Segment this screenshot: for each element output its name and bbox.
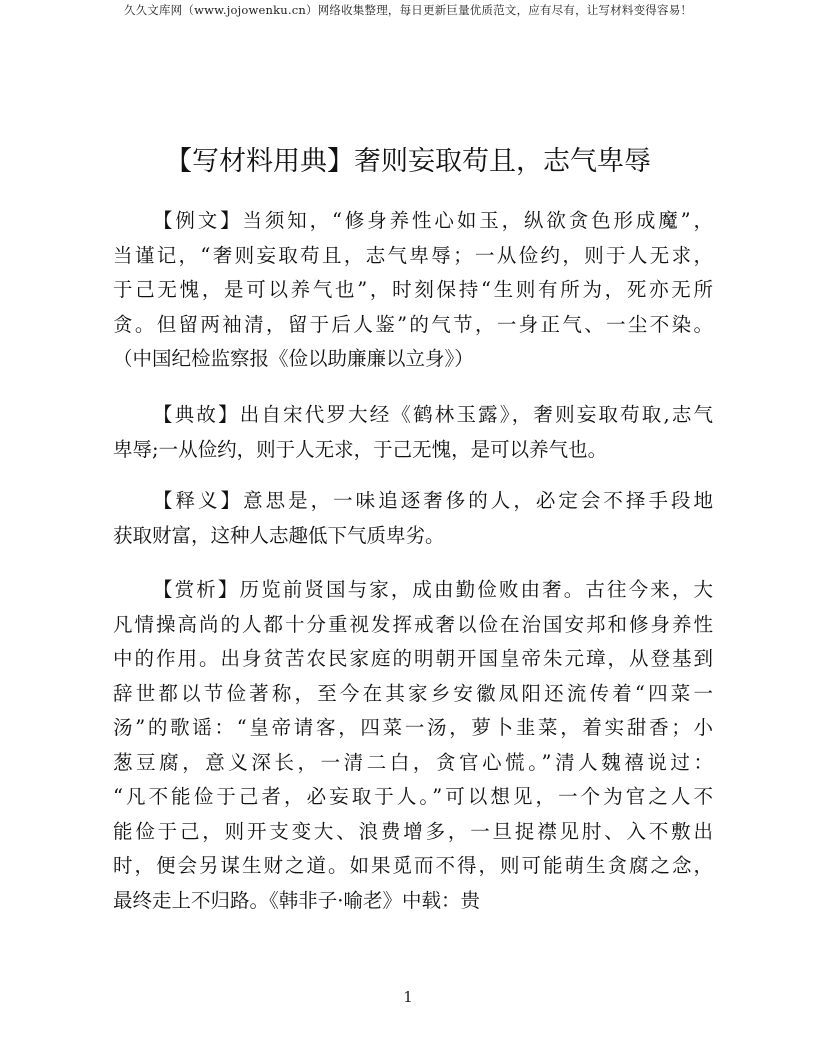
paragraph-line: 贪。但留两袖清，留于后人鉴”的气节，一身正气、一尘不染。	[113, 308, 713, 343]
site-banner: 久久文库网（www.jojowenku.cn）网络收集整理，每日更新巨量优质范文…	[0, 2, 816, 18]
paragraph-allusion: 【典故】出自宋代罗大经《鹤林玉露》，奢则妄取苟取,志气 卑辱;一从俭约，则于人无…	[113, 398, 713, 467]
paragraph-line: 时，便会另谋生财之道。如果觅而不得，则可能萌生贪腐之念，	[113, 849, 713, 884]
paragraph-line: 【典故】出自宋代罗大经《鹤林玉露》，奢则妄取苟取,志气	[113, 398, 713, 433]
paragraph-example: 【例文】当须知，“修身养性心如玉，纵欲贪色形成魔”， 当谨记，“奢则妄取苟且，志…	[113, 204, 713, 377]
page-number: 1	[0, 988, 816, 1006]
paragraph-meaning: 【释义】意思是，一味追逐奢侈的人，必定会不择手段地 获取财富，这种人志趣低下气质…	[113, 484, 713, 553]
paragraph-line: 于己无愧，是可以养气也”，时刻保持“生则有所为，死亦无所	[113, 273, 713, 308]
paragraph-line: 卑辱;一从俭约，则于人无求，于己无愧，是可以养气也。	[113, 433, 713, 468]
paragraph-line: 中的作用。出身贫苦农民家庭的明朝开国皇帝朱元璋，从登基到	[113, 642, 713, 677]
paragraph-line: 凡情操高尚的人都十分重视发挥戒奢以俭在治国安邦和修身养性	[113, 608, 713, 643]
paragraph-line: 【释义】意思是，一味追逐奢侈的人，必定会不择手段地	[113, 484, 713, 519]
paragraph-line: 葱豆腐，意义深长，一清二白，贪官心慌。”清人魏禧说过：	[113, 746, 713, 781]
paragraph-line: 【例文】当须知，“修身养性心如玉，纵欲贪色形成魔”，	[113, 204, 713, 239]
paragraph-line: （中国纪检监察报《俭以助廉廉以立身》）	[113, 342, 713, 377]
paragraph-line: 汤”的歌谣：“皇帝请客，四菜一汤，萝卜韭菜，着实甜香；小	[113, 711, 713, 746]
paragraph-line: 最终走上不归路。《韩非子·喻老》中载：贵	[113, 884, 713, 919]
paragraph-line: 当谨记，“奢则妄取苟且，志气卑辱；一从俭约，则于人无求，	[113, 239, 713, 274]
paragraph-line: 获取财富，这种人志趣低下气质卑劣。	[113, 519, 713, 554]
paragraph-line: 能俭于己，则开支变大、浪费增多，一旦捉襟见肘、入不敷出	[113, 815, 713, 850]
document-title: 【写材料用典】奢则妄取苟且，志气卑辱	[0, 142, 816, 182]
paragraph-appreciation: 【赏析】历览前贤国与家，成由勤俭败由奢。古往今来，大 凡情操高尚的人都十分重视发…	[113, 573, 713, 918]
paragraph-line: 【赏析】历览前贤国与家，成由勤俭败由奢。古往今来，大	[113, 573, 713, 608]
paragraph-line: “凡不能俭于己者，必妄取于人。”可以想见，一个为官之人不	[113, 780, 713, 815]
paragraph-line: 辞世都以节俭著称，至今在其家乡安徽凤阳还流传着“四菜一	[113, 677, 713, 712]
